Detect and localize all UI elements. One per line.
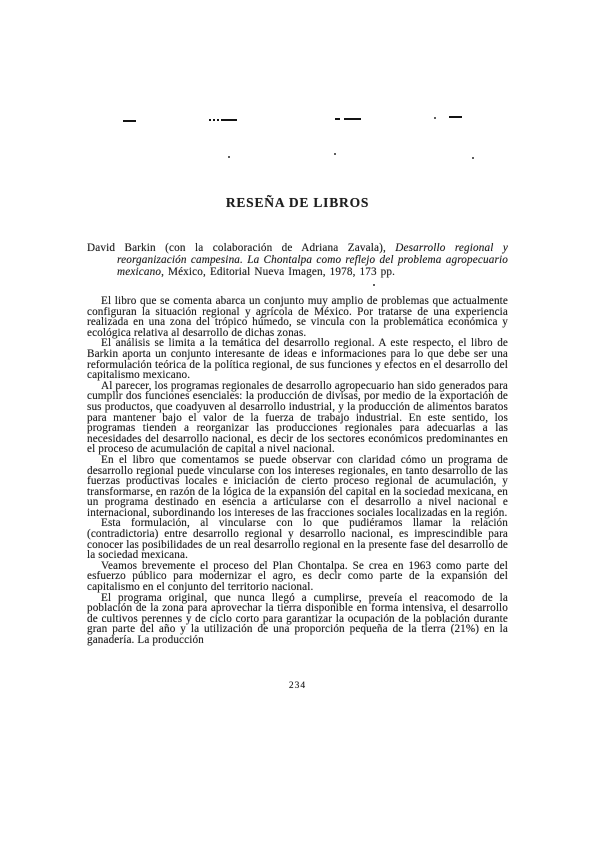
citation-author: David Barkin (con la colaboración de Adr… <box>87 242 395 254</box>
book-citation: David Barkin (con la colaboración de Adr… <box>87 242 508 278</box>
review-paragraph-5: Esta formulación, al vincularse con lo q… <box>87 518 508 560</box>
review-paragraph-1: El libro que se comenta abarca un conjun… <box>87 296 508 338</box>
scan-artifact-speck <box>228 156 230 158</box>
review-paragraph-6: Veamos brevemente el proceso del Plan Ch… <box>87 561 508 593</box>
review-paragraph-3: Al parecer, los programas regionales de … <box>87 381 508 455</box>
review-paragraph-2: El análisis se limita a la temática del … <box>87 338 508 380</box>
review-paragraph-4: En el libro que comentamos se puede obse… <box>87 455 508 519</box>
scan-artifact-speck <box>434 117 436 119</box>
scanned-page: RESEÑA DE LIBROS David Barkin (con la co… <box>0 0 595 842</box>
scan-artifact-speck <box>373 284 375 286</box>
review-paragraph-7: El programa original, que nunca llegó a … <box>87 593 508 646</box>
page-number: 234 <box>87 681 508 691</box>
scan-artifact-dash <box>335 118 340 120</box>
scan-artifact-dots <box>209 119 219 121</box>
review-body: El libro que se comenta abarca un conjun… <box>87 296 508 646</box>
page-title: RESEÑA DE LIBROS <box>87 195 508 211</box>
scan-artifact-dash <box>123 120 136 122</box>
scan-artifact-dash <box>221 119 237 121</box>
scan-artifact-speck <box>472 157 474 159</box>
citation-publication-info: , México, Editorial Nueva Imagen, 1978, … <box>161 266 395 278</box>
scan-artifact-speck <box>334 153 336 155</box>
scan-artifact-dash <box>344 118 361 120</box>
scan-artifact-dash <box>449 116 462 118</box>
